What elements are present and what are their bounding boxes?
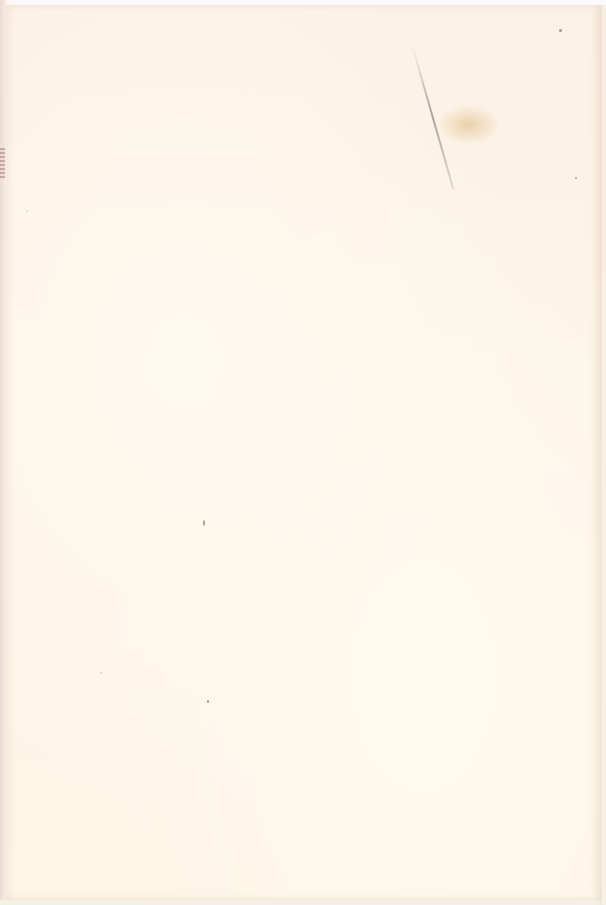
blank-paper-page [6,5,602,900]
speck [100,672,102,674]
speck [203,520,205,526]
page-right-shadow [594,5,602,900]
paper-stain [436,105,501,145]
binding-bleed [0,148,5,178]
speck [26,210,28,212]
speck [559,29,562,32]
speck [575,177,577,179]
speck [207,700,209,703]
